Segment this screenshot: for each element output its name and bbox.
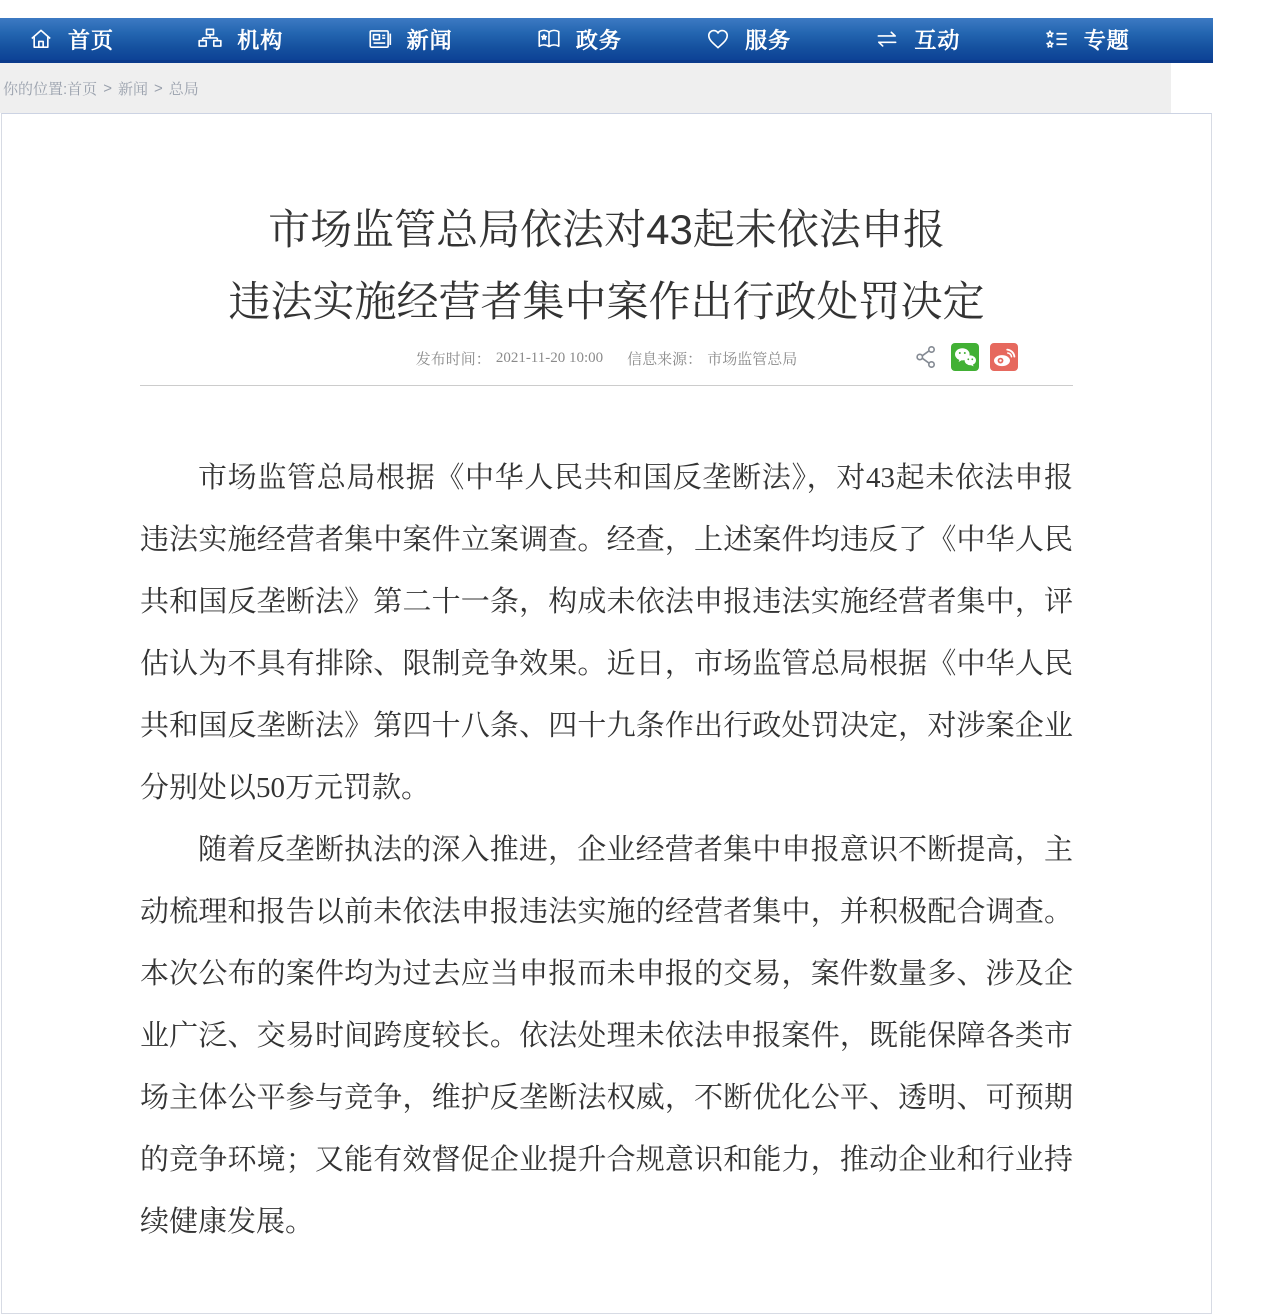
article-meta: 发布时间： 2021-11-20 10:00 信息来源： 市场监管总局: [140, 342, 1073, 374]
nav-item-service[interactable]: 服务: [705, 24, 874, 55]
source-label: 信息来源：: [627, 348, 702, 369]
exchange-arrows-icon: [874, 26, 900, 52]
main-nav: 首页 机构 新闻: [0, 18, 1213, 63]
org-chart-icon: [197, 26, 223, 52]
home-icon: [28, 26, 54, 52]
star-list-icon: [1044, 26, 1070, 52]
article-paragraph: 市场监管总局根据《中华人民共和国反垄断法》，对43起未依法申报违法实施经营者集中…: [140, 447, 1073, 819]
publish-time-label: 发布时间：: [416, 348, 491, 369]
wechat-icon[interactable]: [951, 343, 979, 371]
nav-item-label: 新闻: [407, 24, 453, 55]
article-body: 市场监管总局根据《中华人民共和国反垄断法》，对43起未依法申报违法实施经营者集中…: [140, 447, 1073, 1253]
nav-item-home[interactable]: 首页: [28, 24, 197, 55]
article-content-panel: 市场监管总局依法对43起未依法申报 违法实施经营者集中案作出行政处罚决定 发布时…: [1, 113, 1212, 1314]
publish-time-value: 2021-11-20 10:00: [496, 350, 603, 367]
breadcrumb-link-home[interactable]: 首页: [67, 78, 97, 99]
nav-item-label: 专题: [1084, 24, 1130, 55]
source-value: 市场监管总局: [707, 348, 797, 369]
breadcrumb-link-news[interactable]: 新闻: [118, 78, 148, 99]
breadcrumb-link-bureau[interactable]: 总局: [169, 78, 199, 99]
article-title-line1: 市场监管总局依法对43起未依法申报: [140, 194, 1073, 266]
open-book-icon: [536, 26, 562, 52]
nav-item-label: 服务: [745, 24, 791, 55]
breadcrumb: 你的位置:首页 > 新闻 > 总局: [0, 63, 1171, 113]
nav-item-news[interactable]: 新闻: [367, 24, 536, 55]
share-icon[interactable]: [912, 343, 940, 371]
article-paragraph: 随着反垄断执法的深入推进，企业经营者集中申报意识不断提高，主动梳理和报告以前未依…: [140, 819, 1073, 1253]
share-buttons: [912, 343, 1018, 371]
nav-item-topics[interactable]: 专题: [1044, 24, 1213, 55]
nav-item-label: 政务: [576, 24, 622, 55]
nav-item-label: 机构: [237, 24, 283, 55]
breadcrumb-prefix: 你的位置:: [3, 78, 67, 99]
article-title-line2: 违法实施经营者集中案作出行政处罚决定: [140, 266, 1073, 338]
article-title: 市场监管总局依法对43起未依法申报 违法实施经营者集中案作出行政处罚决定: [140, 194, 1073, 338]
top-gap: [0, 0, 1263, 18]
meta-divider: [140, 385, 1073, 386]
nav-item-label: 互动: [914, 24, 960, 55]
nav-item-interact[interactable]: 互动: [874, 24, 1043, 55]
newspaper-icon: [367, 26, 393, 52]
nav-item-gov[interactable]: 政务: [536, 24, 705, 55]
nav-item-label: 首页: [68, 24, 114, 55]
weibo-icon[interactable]: [990, 343, 1018, 371]
breadcrumb-separator: >: [103, 80, 112, 97]
heart-icon: [705, 26, 731, 52]
breadcrumb-separator: >: [154, 80, 163, 97]
nav-item-org[interactable]: 机构: [197, 24, 366, 55]
